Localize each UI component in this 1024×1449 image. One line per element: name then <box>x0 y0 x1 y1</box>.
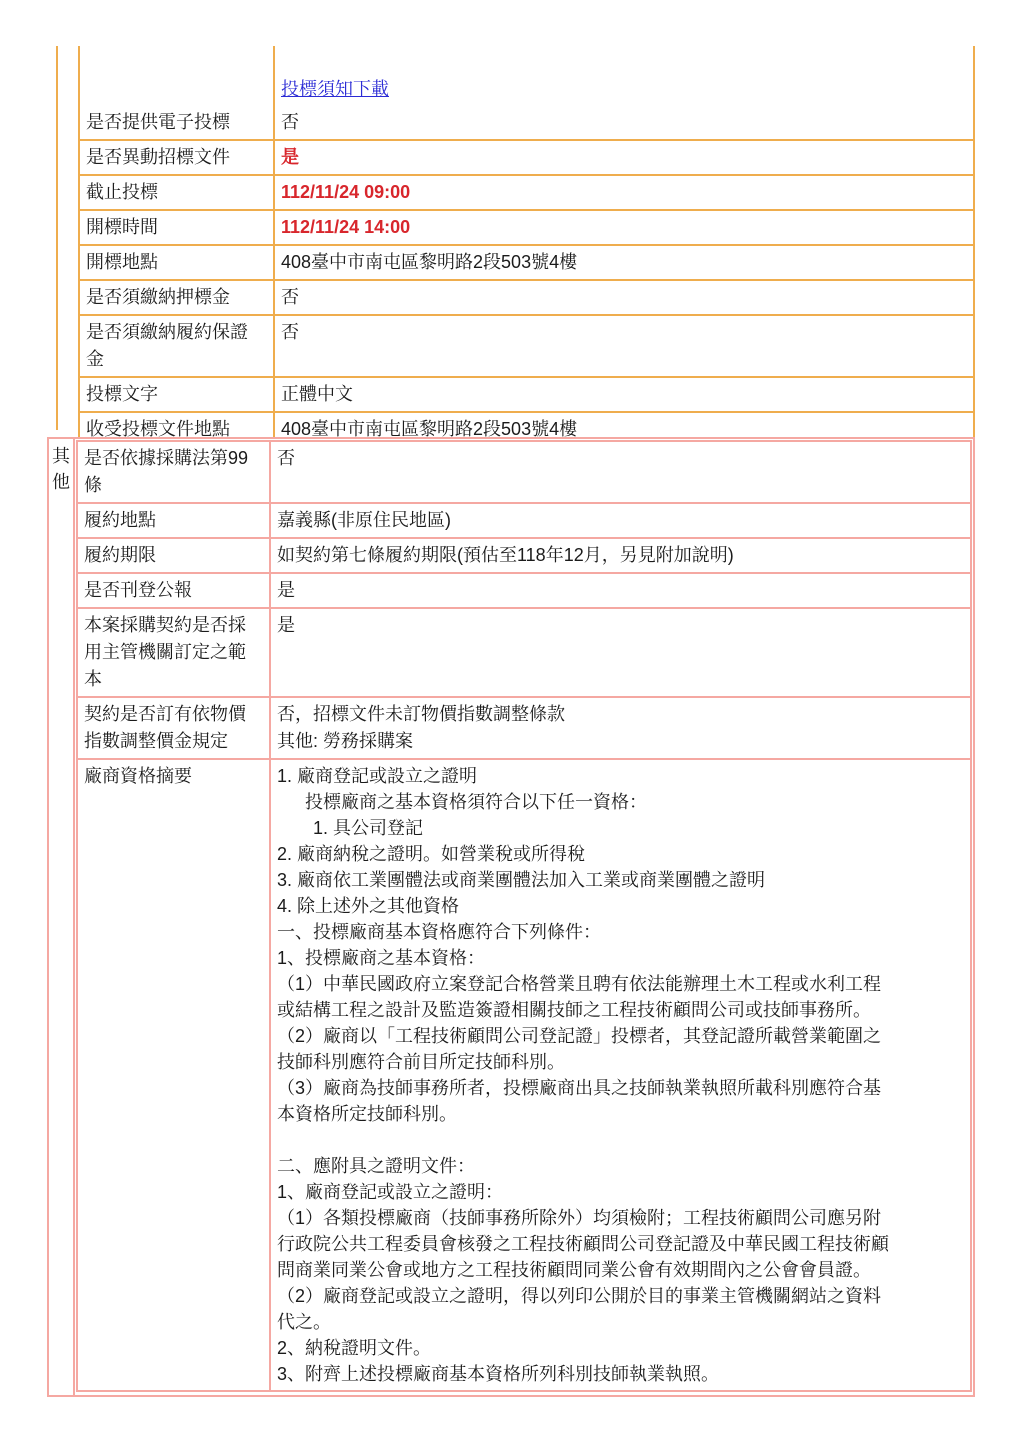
qualification-line: （2）廠商以「工程技術顧問公司登記證」投標者，其登記證所載營業範圍之 <box>277 1023 964 1049</box>
table-row: 是否須繳納押標金否 <box>80 279 973 314</box>
tender-info-table: 投標須知下載 是否提供電子投標否是否異動招標文件是截止投標112/11/24 0… <box>78 46 975 448</box>
qualification-line: 二、應附具之證明文件： <box>277 1153 964 1179</box>
table-row: 是否須繳納履約保證 金否 <box>80 314 973 376</box>
row-value: 是 <box>271 609 970 696</box>
qualification-line: 問商業同業公會或地方之工程技術顧問同業公會有效期間內之公會會員證。 <box>277 1257 964 1283</box>
qualification-line: （1）中華民國政府立案登記合格營業且聘有依法能辦理土木工程或水利工程 <box>277 971 964 997</box>
qualification-line: （3）廠商為技師事務所者，投標廠商出具之技師執業執照所載科別應符合基 <box>277 1075 964 1101</box>
row-label: 本案採購契約是否採 用主管機關訂定之範 本 <box>78 609 271 696</box>
row-label: 履約期限 <box>78 539 271 572</box>
table-row: 是否刊登公報是 <box>78 572 970 607</box>
row-value: 否 <box>275 106 973 139</box>
table-row: 投標須知下載 <box>80 46 973 106</box>
tender-info-rows: 是否提供電子投標否是否異動招標文件是截止投標112/11/24 09:00開標時… <box>80 106 973 446</box>
row-value: 112/11/24 09:00 <box>275 176 973 209</box>
table-row: 截止投標112/11/24 09:00 <box>80 174 973 209</box>
row-value: 如契約第七條履約期限(預估至118年12月，另見附加說明) <box>271 539 970 572</box>
qualification-line <box>277 1127 964 1153</box>
qualification-line: 2. 廠商納稅之證明。如營業稅或所得稅 <box>277 841 964 867</box>
qualification-line: （2）廠商登記或設立之證明，得以列印公開於目的事業主管機關網站之資料 <box>277 1283 964 1309</box>
other-section: 其他 是否依據採購法第99 條否履約地點嘉義縣(非原住民地區)履約期限如契約第七… <box>47 437 975 1397</box>
row-value: 是 <box>271 574 970 607</box>
qualification-line: 2、納稅證明文件。 <box>277 1335 964 1361</box>
row-label: 是否須繳納押標金 <box>80 281 275 314</box>
row-label: 是否須繳納履約保證 金 <box>80 316 275 376</box>
qualification-line: 1、廠商登記或設立之證明： <box>277 1179 964 1205</box>
row-value: 正體中文 <box>275 378 973 411</box>
qualification-line: 1. 廠商登記或設立之證明 <box>277 763 964 789</box>
qualification-line: 4. 除上述外之其他資格 <box>277 893 964 919</box>
qualification-line: 3、附齊上述投標廠商基本資格所列科別技師執業執照。 <box>277 1361 964 1387</box>
tender-notice-download-link[interactable]: 投標須知下載 <box>281 79 389 99</box>
side-label-other: 其他 <box>49 439 75 1395</box>
row-value: 投標須知下載 <box>275 46 973 106</box>
outer-table-left-border <box>56 46 58 430</box>
qualification-line: 投標廠商之基本資格須符合以下任一資格： <box>277 789 964 815</box>
table-row: 是否異動招標文件是 <box>80 139 973 174</box>
qualification-line: （1）各類投標廠商（技師事務所除外）均須檢附；工程技術顧問公司應另附 <box>277 1205 964 1231</box>
row-label: 投標文字 <box>80 378 275 411</box>
tender-announcement-page: 投標須知下載 是否提供電子投標否是否異動招標文件是截止投標112/11/24 0… <box>0 0 1024 1449</box>
row-label: 是否異動招標文件 <box>80 141 275 174</box>
table-row: 投標文字正體中文 <box>80 376 973 411</box>
row-label: 截止投標 <box>80 176 275 209</box>
qualification-line: 1、投標廠商之基本資格： <box>277 945 964 971</box>
row-label: 是否依據採購法第99 條 <box>78 442 271 502</box>
row-value: 否 <box>275 316 973 376</box>
row-label: 履約地點 <box>78 504 271 537</box>
row-value: 否 <box>275 281 973 314</box>
qualification-line: 技師科別應符合前目所定技師科別。 <box>277 1049 964 1075</box>
table-row: 是否依據採購法第99 條否 <box>78 442 970 502</box>
qualification-line: 代之。 <box>277 1309 964 1335</box>
row-label: 廠商資格摘要 <box>78 760 271 1390</box>
qualification-line: 或結構工程之設計及監造簽證相關技師之工程技術顧問公司或技師事務所。 <box>277 997 964 1023</box>
row-label: 是否提供電子投標 <box>80 106 275 139</box>
row-value: 112/11/24 14:00 <box>275 211 973 244</box>
row-value: 1. 廠商登記或設立之證明投標廠商之基本資格須符合以下任一資格：1. 具公司登記… <box>271 760 970 1390</box>
qualification-line: 本資格所定技師科別。 <box>277 1101 964 1127</box>
table-row: 是否提供電子投標否 <box>80 106 973 139</box>
table-row: 履約地點嘉義縣(非原住民地區) <box>78 502 970 537</box>
row-label: 是否刊登公報 <box>78 574 271 607</box>
row-value: 嘉義縣(非原住民地區) <box>271 504 970 537</box>
table-row: 廠商資格摘要1. 廠商登記或設立之證明投標廠商之基本資格須符合以下任一資格：1.… <box>78 758 970 1390</box>
qualification-line: 1. 具公司登記 <box>277 815 964 841</box>
table-row: 開標地點408臺中市南屯區黎明路2段503號4樓 <box>80 244 973 279</box>
qualification-line: 一、投標廠商基本資格應符合下列條件： <box>277 919 964 945</box>
row-label: 開標地點 <box>80 246 275 279</box>
qualification-line: 3. 廠商依工業團體法或商業團體法加入工業或商業團體之證明 <box>277 867 964 893</box>
table-row: 開標時間112/11/24 14:00 <box>80 209 973 244</box>
qualification-line: 行政院公共工程委員會核發之工程技術顧問公司登記證及中華民國工程技術顧 <box>277 1231 964 1257</box>
row-label: 開標時間 <box>80 211 275 244</box>
row-value: 408臺中市南屯區黎明路2段503號4樓 <box>275 246 973 279</box>
other-rows: 是否依據採購法第99 條否履約地點嘉義縣(非原住民地區)履約期限如契約第七條履約… <box>78 442 970 1390</box>
table-row: 履約期限如契約第七條履約期限(預估至118年12月，另見附加說明) <box>78 537 970 572</box>
row-value: 否 <box>271 442 970 502</box>
other-table: 是否依據採購法第99 條否履約地點嘉義縣(非原住民地區)履約期限如契約第七條履約… <box>76 440 972 1392</box>
table-row: 契約是否訂有依物價 指數調整價金規定否，招標文件未訂物價指數調整條款 其他: 勞… <box>78 696 970 758</box>
row-value: 否，招標文件未訂物價指數調整條款 其他: 勞務採購案 <box>271 698 970 758</box>
table-row: 本案採購契約是否採 用主管機關訂定之範 本是 <box>78 607 970 696</box>
row-value: 是 <box>275 141 973 174</box>
row-label <box>80 46 275 106</box>
row-label: 契約是否訂有依物價 指數調整價金規定 <box>78 698 271 758</box>
